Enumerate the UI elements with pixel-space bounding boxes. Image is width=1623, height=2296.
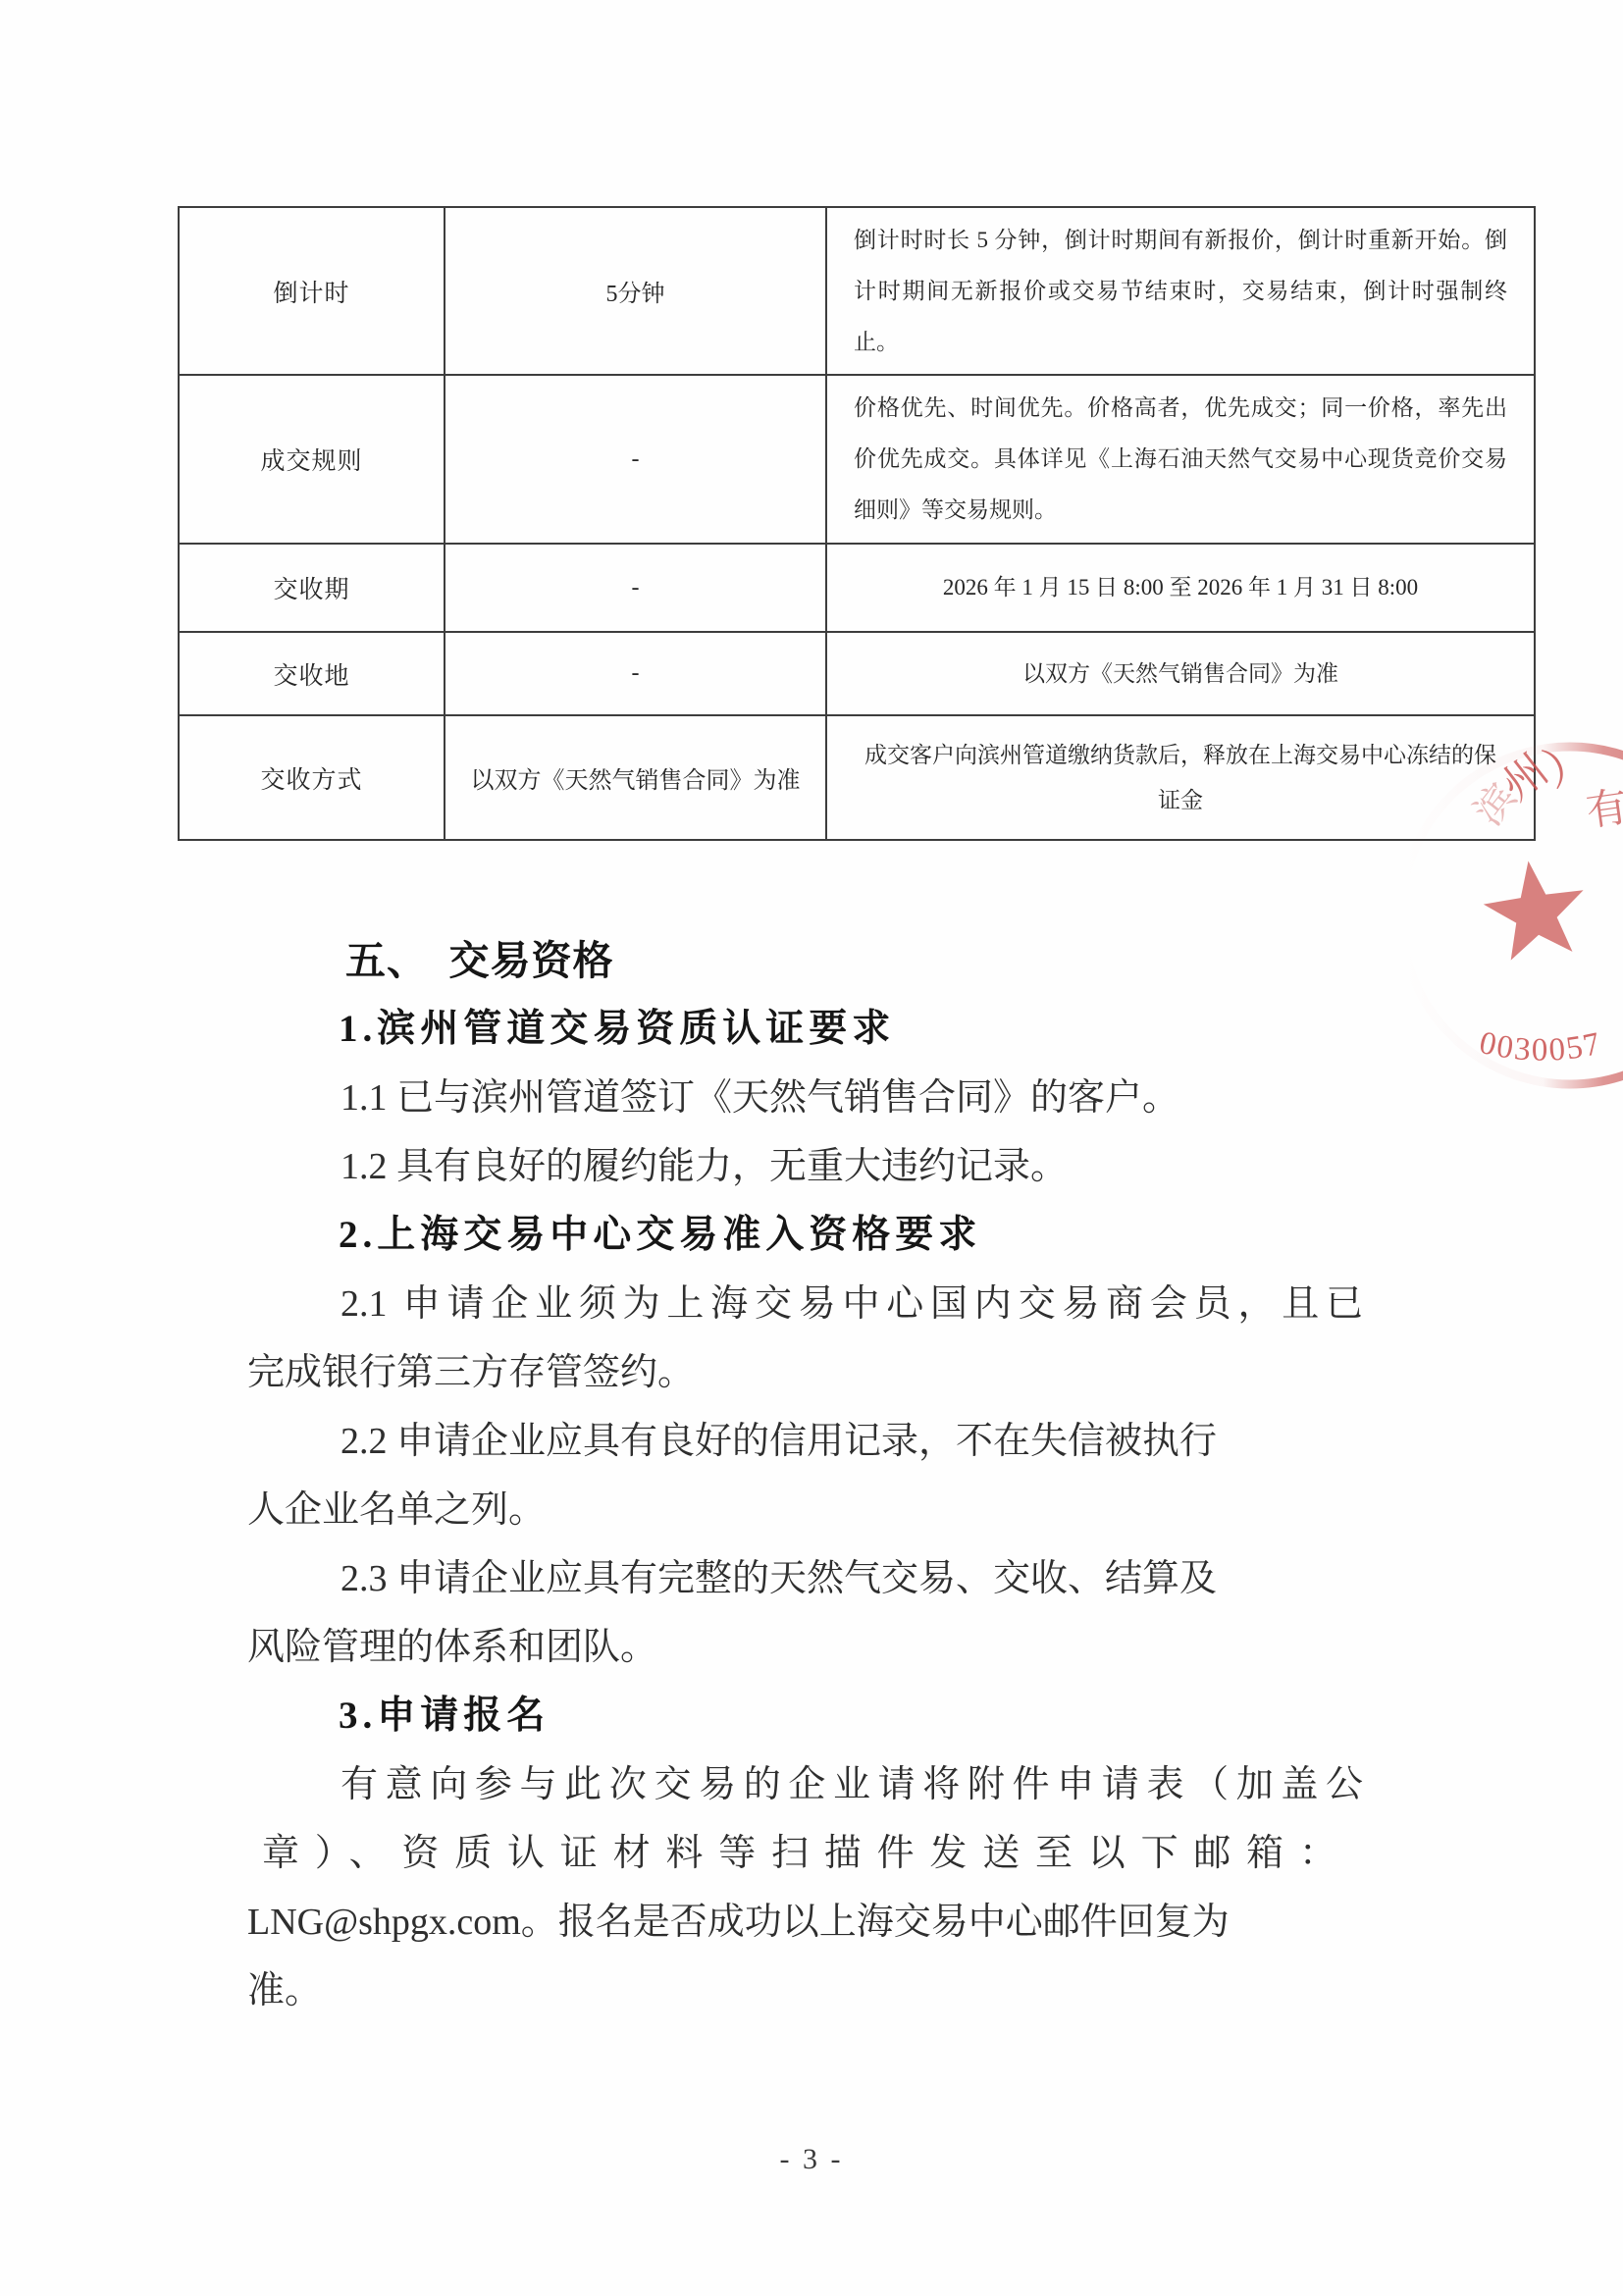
paragraph-line: 章）、资质认证材料等扫描件发送至以下邮箱： <box>247 1819 1336 1888</box>
row-label: 交收地 <box>179 632 445 715</box>
paragraph-line: 2.1 申请企业须为上海交易中心国内交易商会员，且已 <box>247 1270 1363 1338</box>
row-label: 交收期 <box>179 544 445 632</box>
table-row: 交收方式 以双方《天然气销售合同》为准 成交客户向滨州管道缴纳货款后，释放在上海… <box>179 715 1535 840</box>
paragraph-line: 人企业名单之列。 <box>247 1476 1390 1544</box>
row-detail: 2026 年 1 月 15 日 8:00 至 2026 年 1 月 31 日 8… <box>826 544 1535 632</box>
subsection-heading: 1.滨州管道交易资质认证要求 <box>247 995 1390 1064</box>
row-label: 成交规则 <box>179 375 445 544</box>
subsection-heading: 3.申请报名 <box>247 1682 1390 1750</box>
row-detail: 价格优先、时间优先。价格高者，优先成交；同一价格，率先出价优先成交。具体详见《上… <box>826 375 1535 544</box>
row-value: 5分钟 <box>445 207 826 375</box>
subsection-heading: 2.上海交易中心交易准入资格要求 <box>247 1201 1390 1270</box>
row-label: 倒计时 <box>179 207 445 375</box>
paragraph-line: 完成银行第三方存管签约。 <box>247 1338 1390 1407</box>
paragraph-line: 1.2 具有良好的履约能力，无重大违约记录。 <box>247 1132 1390 1201</box>
row-value: - <box>445 632 826 715</box>
row-value: 以双方《天然气销售合同》为准 <box>445 715 826 840</box>
red-seal-stamp: 滨 州 ） 有 0030057 <box>1393 675 1623 1107</box>
table-row: 交收地 - 以双方《天然气销售合同》为准 <box>179 632 1535 715</box>
body-text: 五、 交易资格 1.滨州管道交易资质认证要求 1.1 已与滨州管道签订《天然气销… <box>247 926 1390 2025</box>
table-row: 倒计时 5分钟 倒计时时长 5 分钟，倒计时期间有新报价，倒计时重新开始。倒计时… <box>179 207 1535 375</box>
paragraph-line: 准。 <box>247 1957 1390 2025</box>
seal-star <box>1479 854 1592 963</box>
paragraph-line: 1.1 已与滨州管道签订《天然气销售合同》的客户。 <box>247 1064 1390 1132</box>
row-value: - <box>445 375 826 544</box>
table-row: 成交规则 - 价格优先、时间优先。价格高者，优先成交；同一价格，率先出价优先成交… <box>179 375 1535 544</box>
paragraph-line: 2.2 申请企业应具有良好的信用记录，不在失信被执行 <box>247 1407 1390 1476</box>
paragraph-line-email: LNG@shpgx.com。报名是否成功以上海交易中心邮件回复为 <box>247 1888 1390 1957</box>
section-heading: 五、 交易资格 <box>247 926 1390 995</box>
row-label: 交收方式 <box>179 715 445 840</box>
table-row: 交收期 - 2026 年 1 月 15 日 8:00 至 2026 年 1 月 … <box>179 544 1535 632</box>
document-page: 倒计时 5分钟 倒计时时长 5 分钟，倒计时期间有新报价，倒计时重新开始。倒计时… <box>0 0 1623 2296</box>
trade-spec-table: 倒计时 5分钟 倒计时时长 5 分钟，倒计时期间有新报价，倒计时重新开始。倒计时… <box>178 206 1536 841</box>
row-value: - <box>445 544 826 632</box>
page-number: - 3 - <box>0 2143 1623 2176</box>
paragraph-line: 有意向参与此次交易的企业请将附件申请表（加盖公 <box>247 1750 1363 1819</box>
paragraph-line: 风险管理的体系和团队。 <box>247 1613 1390 1682</box>
seal-serial-number: 0030057 <box>1476 1025 1605 1069</box>
row-detail: 倒计时时长 5 分钟，倒计时期间有新报价，倒计时重新开始。倒计时期间无新报价或交… <box>826 207 1535 375</box>
seal-arc-char: 有 <box>1584 785 1623 835</box>
paragraph-line: 2.3 申请企业应具有完整的天然气交易、交收、结算及 <box>247 1544 1390 1613</box>
